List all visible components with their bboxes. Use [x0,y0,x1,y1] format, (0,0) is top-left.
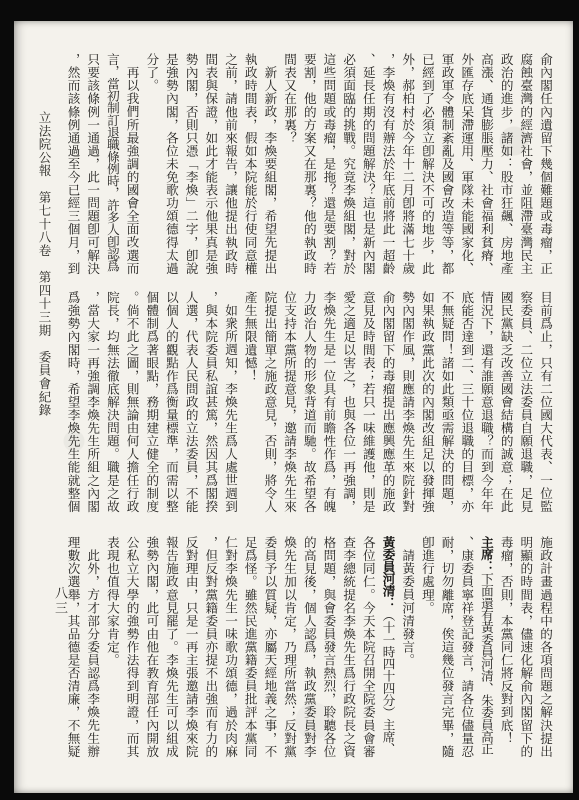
text-column: 公私立大學的強勢作法得到明證，而其 [122,536,142,762]
text-column: 軍政軍令體制紊亂及國會改造等等，都 [437,53,457,279]
text-column: ，當大家一再強調李煥先生所組之內閣 [83,291,103,517]
text-column: 委員予以質疑，亦屬天經地義之事，不 [260,536,280,762]
text-column: 查李總統提名李煥先生爲行政院長之資 [338,536,358,762]
text-column: 表現也值得大家肯定。 [102,536,122,762]
text-column: 各位同仁。今天本院召開全院委員會審 [358,536,378,762]
text-band-middle: 目前爲止，只有二位國大代表、一位監察委員、二位立法委員自願退職，足見國民黨缺乏改… [62,291,555,517]
text-column: 外匯存底呆滯運用、軍隊未能國家化、 [457,53,477,279]
text-column: 此外，方才部分委員認爲李煥先生辦 [83,536,103,762]
text-column: 耐，切勿離席，俟這幾位發言完畢，隨 [437,536,457,762]
text-column: 反對理由，只是一再主張邀請李煥來院 [181,536,201,762]
text-column: 格問題，與會委員發言熱烈，聆聽各位 [319,536,339,762]
text-column: 煥先生加以肯定，乃理所當然；反對黨 [279,536,299,762]
text-column: 的高見後，個人認爲，執政黨委員對李 [299,536,319,762]
text-column: 位支持本黨所提意見，邀請李煥先生來 [279,291,299,517]
text-column: 愛之適足以害之，也與各位一再強調， [338,291,358,517]
speaker-name: 黃委員河清： [381,536,396,609]
text-column: 李煥先生是一位具有前瞻性作爲，有魄 [319,291,339,517]
text-column: 明顯的時間表，儘速化解俞內閣留下的 [516,536,536,762]
text-column: 勢內閣，否則只憑「李煥」二字，卽說 [181,53,201,279]
text-column: 報告施政意見罷了。李煥先生可以組成 [161,536,181,762]
text-column: 言，當初制訂退職條例時，許多人卽認爲 [102,53,122,279]
speaker-name: 主席： [479,536,494,572]
text-column: 請黃委員河清發言。 [398,536,418,762]
text-column: 俞內閣留下的毒瘤提出應興應革的施政 [378,291,398,517]
text-column: 如衆所週知，李煥先生爲人處世週到 [220,291,240,517]
text-column: 產生無限遺憾！ [240,291,260,517]
text-column: 施政計畫過程中的各項問題之解決提出 [535,536,555,762]
text-column: 如果執政黨此次的內閣改組足以發揮強 [417,291,437,517]
text-column: 情況下，還有誰願意退職？而到今年年 [476,291,496,517]
text-column: 主席：下面還有黃委員河清、朱委員高正 [476,536,496,762]
text-column: 這些問題或毒瘤，是拖？還是要割？若 [319,53,339,279]
text-column: 目前爲止，只有二位國大代表、一位監 [535,291,555,517]
text-column: 卽進行處理。 [417,536,437,762]
text-column: 個體制爲著眼點，務期建立健全的制度 [142,291,162,517]
text-column: 再以我們所最強調的國會全面改選而 [122,53,142,279]
text-column: 已經到了必須立卽解決不可的地步，此 [417,53,437,279]
text-column: 俞內閣任內遺留下幾個難題或毒瘤，正 [535,53,555,279]
text-band-bottom: 施政計畫過程中的各項問題之解決提出明顯的時間表，儘速化解俞內閣留下的毒瘤，否則，… [62,536,555,762]
text-column: 不無疑問！諸如此類亟需解決的問題， [437,291,457,517]
text-column: 院提出簡單之施政意見，否則，將令人 [260,291,280,517]
text-column: 要割，他的方案又在那裏？他的執政時 [299,53,319,279]
text-column: 高漲、通貨膨脹壓力、社會福利貧瘠、 [476,53,496,279]
text-column: 足爲怪。雖然民進黨籍委員批評本黨同 [240,536,260,762]
text-column: 院長，均無法徹底解決問題。職是之故 [102,291,122,517]
text-column: ，與本院委員私誼甚篤，然因其爲閣揆 [201,291,221,517]
text-column: 政治的進步，諸如：股市狂飆、房地產 [496,53,516,279]
text-column: 執政時間表，假如本院能於行使同意權 [240,53,260,279]
text-column: 新人新政，李煥要組閣，希望先提出 [260,53,280,279]
text-column: 只要該條例一通過，此一問題卽可解決 [83,53,103,279]
text-column: 間表又在那裏？ [279,53,299,279]
document-page: 立法院公報 第七十八卷 第四十三期 委員會紀錄 八三 俞內閣任內遺留下幾個難題或… [14,21,573,793]
text-column: 、康委員寧祥登記發言，請各位儘量忍 [457,536,477,762]
text-column: 仁對李煥先生一味歌功頌德，過於肉麻 [220,536,240,762]
text-column: 腐蝕臺灣的經濟社會，並阻滯臺灣民主 [516,53,536,279]
text-column: 間表與保證，如此才能表示他果真是強 [201,53,221,279]
text-column: 強勢內閣，此可由他在教育部任內開放 [142,536,162,762]
text-column: 爲強勢內閣時，希望李煥先生能就整個 [63,291,83,517]
text-column: 是強勢內閣，各位未免歌功頌德得太過 [161,53,181,279]
text-column: ，然而該條例通過至今已經三個月，到 [63,53,83,279]
text-band-top: 俞內閣任內遺留下幾個難題或毒瘤，正腐蝕臺灣的經濟社會，並阻滯臺灣民主政治的進步，… [62,53,555,279]
text-column: 底能否達到二、三十位退職的目標，亦 [457,291,477,517]
text-column: 、延長任期的問題解決？這也是新內閣 [358,53,378,279]
text-column: 黃委員河清：（十一時四十四分）主席、 [378,536,398,762]
text-column: 分了。 [142,53,162,279]
text-column: 以個人的觀點作爲衡量標準，而需以整 [161,291,181,517]
text-column: 。倘不此之圖，則無論由何人擔任行政 [122,291,142,517]
text-column: 之前，請他前來報告，讓他提出執政時 [220,53,240,279]
text-column: 國民黨缺乏改善國會結構的誠意；在此 [496,291,516,517]
text-column: 必須面臨的挑戰。究竟李煥組閣，對於 [338,53,358,279]
text-column: ，但反對黨籍委員亦提不出強而有力的 [201,536,221,762]
text-column: 外，郝柏村於今年十二月卽將滿七十歲 [398,53,418,279]
text-column: 理數次選舉，其品德是否清廉，不無疑 [63,536,83,762]
text-column: 意見及時間表；若只一味維護他，則是 [358,291,378,517]
text-column: 察委員、二位立法委員自願退職，足見 [516,291,536,517]
text-column: 人選，代表人民問政的立法委員，不能 [181,291,201,517]
margin-title: 立法院公報 第七十八卷 第四十三期 委員會紀錄 [35,111,53,417]
scan-background: 立法院公報 第七十八卷 第四十三期 委員會紀錄 八三 俞內閣任內遺留下幾個難題或… [0,0,579,800]
text-column: 力政治人物的形象背道而馳。故希望各 [299,291,319,517]
text-column: 勢內閣作風，則應請李煥先生來院針對 [398,291,418,517]
text-column: 毒瘤，否則，本黨同仁將反對到底！ [496,536,516,762]
text-column: ，李煥有沒有辦法於年底前將此一超齡 [378,53,398,279]
